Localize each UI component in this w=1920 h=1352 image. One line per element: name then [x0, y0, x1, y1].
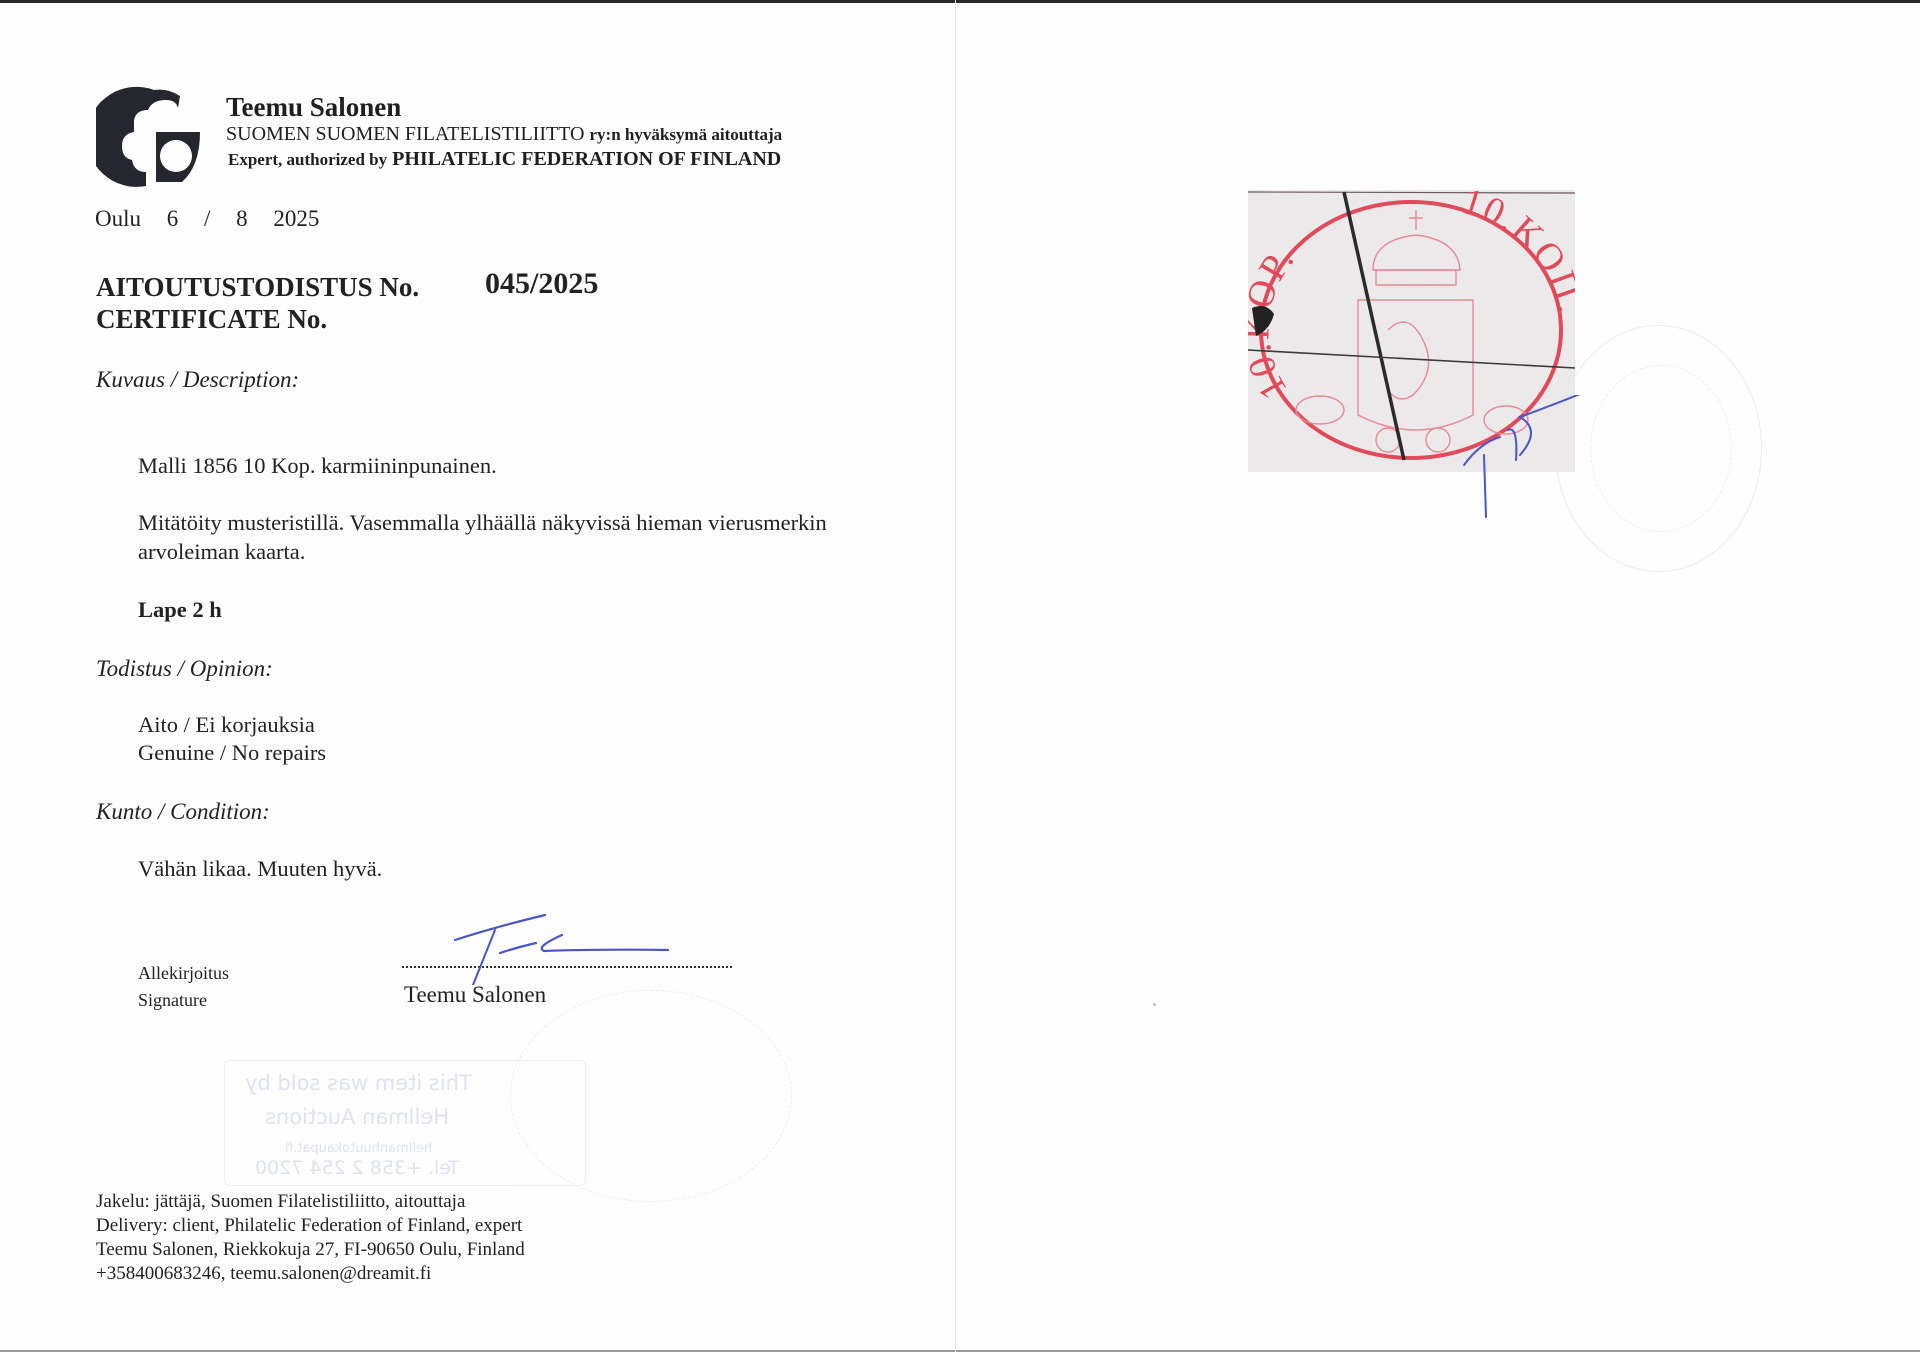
date-year: 2025	[273, 206, 319, 231]
description-heading: Kuvaus / Description:	[96, 367, 299, 393]
footer-address: Teemu Salonen, Riekkokuja 27, FI-90650 O…	[96, 1238, 525, 1262]
date-month: 8	[236, 206, 248, 231]
certificate-title-en: CERTIFICATE No.	[96, 304, 327, 335]
signer-name: Teemu Salonen	[404, 982, 546, 1008]
opinion-en: Genuine / No repairs	[138, 740, 326, 766]
ghost-auction-stamp: This item was sold by Hellman Auctions h…	[224, 1060, 586, 1186]
page-fold-line	[955, 0, 956, 1352]
signature-label-en: Signature	[138, 990, 207, 1011]
ghost-stamp-line-1: This item was sold by	[245, 1071, 472, 1095]
expert-name: Teemu Salonen	[226, 92, 401, 123]
condition-heading: Kunto / Condition:	[96, 799, 270, 825]
footer-contact: +358400683246, teemu.salonen@dreamit.fi	[96, 1262, 431, 1286]
issue-date: Oulu 6 / 8 2025	[95, 206, 339, 232]
federation-approval-fi: ry:n hyväksymä aitouttaja	[590, 125, 783, 144]
opinion-fi: Aito / Ei korjauksia	[138, 712, 315, 738]
paper-speck	[1153, 1003, 1156, 1006]
description-line-1: Malli 1856 10 Kop. karmiininpunainen.	[138, 453, 497, 479]
expert-initials-signature-icon	[1460, 395, 1640, 525]
federation-line-fi: SUOMEN SUOMEN FILATELISTILIITTO ry:n hyv…	[226, 123, 782, 146]
federation-name-en: PHILATELIC FEDERATION OF FINLAND	[392, 148, 781, 170]
date-separator: /	[204, 206, 210, 231]
federation-line-en: Expert, authorized by PHILATELIC FEDERAT…	[228, 148, 781, 171]
description-line-2: Mitätöity musteristillä. Vasemmalla ylhä…	[138, 510, 827, 536]
signature-label-fi: Allekirjoitus	[138, 963, 229, 984]
footer-distribution-fi: Jakelu: jättäjä, Suomen Filatelistiliitt…	[96, 1190, 465, 1214]
ghost-stamp-line-4: Tel. +358 2 254 7200	[255, 1157, 459, 1179]
page-top-edge	[0, 0, 1920, 3]
catalog-reference: Lape 2 h	[138, 597, 222, 623]
date-day: 6	[167, 206, 179, 231]
opinion-heading: Todistus / Opinion:	[96, 656, 273, 682]
certificate-number: 045/2025	[485, 267, 598, 301]
condition-text: Vähän likaa. Muuten hyvä.	[138, 856, 382, 882]
date-place: Oulu	[95, 206, 141, 231]
description-line-3: arvoleiman kaarta.	[138, 539, 305, 565]
ghost-stamp-line-3: hellmanhuutokaupat.fi	[285, 1141, 432, 1156]
handwritten-signature-icon	[440, 905, 680, 985]
expert-authorized-label: Expert, authorized by	[228, 150, 387, 169]
ghost-stamp-line-2: Hellman Auctions	[265, 1105, 449, 1129]
philatelic-federation-logo-icon	[96, 86, 202, 188]
certificate-title-fi: AITOUTUSTODISTUS No.	[96, 272, 419, 303]
federation-name-fi: SUOMEN SUOMEN FILATELISTILIITTO	[226, 123, 585, 145]
footer-distribution-en: Delivery: client, Philatelic Federation …	[96, 1214, 522, 1238]
